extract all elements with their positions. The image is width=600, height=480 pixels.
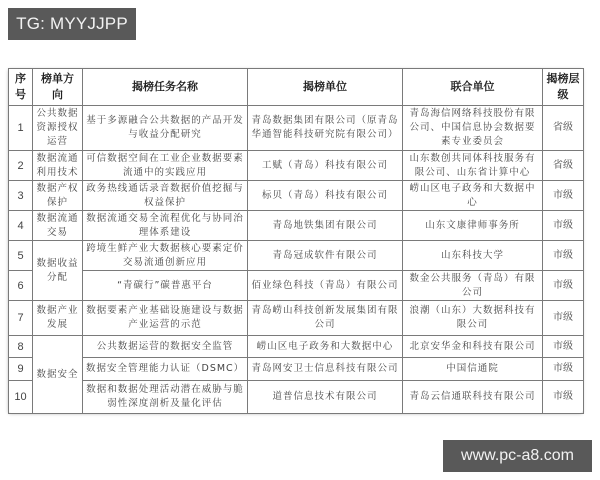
- cell-task: 数据安全管理能力认证（DSMC）: [83, 358, 248, 381]
- cell-level: 市级: [543, 301, 584, 336]
- cell-partner: 青岛海信网络科技股份有限公司、中国信息协会数据要素专业委员会: [403, 106, 543, 151]
- table-row: 2 数据流通利用技术 可信数据空间在工业企业数据要素流通中的实践应用 工赋（青岛…: [9, 151, 584, 181]
- table-row: 1 公共数据资源授权运营 基于多源融合公共数据的产品开发与收益分配研究 青岛数据…: [9, 106, 584, 151]
- cell-level: 市级: [543, 181, 584, 211]
- cell-task: 政务热线通话录音数据价值挖掘与权益保护: [83, 181, 248, 211]
- cell-index: 4: [9, 211, 33, 241]
- cell-unit: 青岛崂山科技创新发展集团有限公司: [248, 301, 403, 336]
- cell-task: 基于多源融合公共数据的产品开发与收益分配研究: [83, 106, 248, 151]
- cell-partner: 北京安华金和科技有限公司: [403, 336, 543, 358]
- table-row: 10 数据和数据处理活动潜在威胁与脆弱性深度剖析及量化评估 道普信息技术有限公司…: [9, 381, 584, 414]
- cell-partner: 崂山区电子政务和大数据中心: [403, 181, 543, 211]
- cell-partner: 青岛云信通联科技有限公司: [403, 381, 543, 414]
- table-row: 9 数据安全管理能力认证（DSMC） 青岛网安卫士信息科技有限公司 中国信通院 …: [9, 358, 584, 381]
- ranking-table: 序号 榜单方向 揭榜任务名称 揭榜单位 联合单位 揭榜层级 1 公共数据资源授权…: [8, 68, 584, 414]
- cell-index: 3: [9, 181, 33, 211]
- cell-task: 数据流通交易全流程优化与协同治理体系建设: [83, 211, 248, 241]
- cell-index: 2: [9, 151, 33, 181]
- cell-partner: 山东科技大学: [403, 241, 543, 271]
- header-task: 揭榜任务名称: [83, 69, 248, 106]
- table-row: 6 “青碳行”碳普惠平台 佰业绿色科技（青岛）有限公司 数金公共服务（青岛）有限…: [9, 271, 584, 301]
- table-row: 4 数据流通交易 数据流通交易全流程优化与协同治理体系建设 青岛地铁集团有限公司…: [9, 211, 584, 241]
- cell-unit: 佰业绿色科技（青岛）有限公司: [248, 271, 403, 301]
- cell-unit: 崂山区电子政务和大数据中心: [248, 336, 403, 358]
- cell-partner: 中国信通院: [403, 358, 543, 381]
- cell-index: 9: [9, 358, 33, 381]
- cell-unit: 工赋（青岛）科技有限公司: [248, 151, 403, 181]
- cell-task: 数据和数据处理活动潜在威胁与脆弱性深度剖析及量化评估: [83, 381, 248, 414]
- ranking-table-container: 序号 榜单方向 揭榜任务名称 揭榜单位 联合单位 揭榜层级 1 公共数据资源授权…: [8, 68, 583, 413]
- cell-direction: 数据收益分配: [33, 241, 83, 301]
- table-row: 8 数据安全 公共数据运营的数据安全监管 崂山区电子政务和大数据中心 北京安华金…: [9, 336, 584, 358]
- cell-partner: 数金公共服务（青岛）有限公司: [403, 271, 543, 301]
- tg-badge: TG: MYYJJPP: [8, 8, 136, 40]
- table-row: 3 数据产权保护 政务热线通话录音数据价值挖掘与权益保护 标贝（青岛）科技有限公…: [9, 181, 584, 211]
- cell-direction: 数据安全: [33, 336, 83, 414]
- cell-task: 可信数据空间在工业企业数据要素流通中的实践应用: [83, 151, 248, 181]
- site-watermark: www.pc-a8.com: [443, 440, 592, 472]
- header-direction: 榜单方向: [33, 69, 83, 106]
- cell-direction: 数据产业发展: [33, 301, 83, 336]
- cell-direction: 数据产权保护: [33, 181, 83, 211]
- cell-index: 10: [9, 381, 33, 414]
- cell-index: 8: [9, 336, 33, 358]
- cell-index: 6: [9, 271, 33, 301]
- cell-direction: 公共数据资源授权运营: [33, 106, 83, 151]
- cell-task: 跨境生鲜产业大数据核心要素定价交易流通创新应用: [83, 241, 248, 271]
- cell-direction: 数据流通利用技术: [33, 151, 83, 181]
- cell-unit: 标贝（青岛）科技有限公司: [248, 181, 403, 211]
- cell-level: 市级: [543, 271, 584, 301]
- cell-level: 市级: [543, 336, 584, 358]
- cell-level: 省级: [543, 106, 584, 151]
- cell-unit: 青岛数据集团有限公司（原青岛华通智能科技研究院有限公司）: [248, 106, 403, 151]
- cell-partner: 山东数创共同体科技服务有限公司、山东省计算中心: [403, 151, 543, 181]
- cell-level: 市级: [543, 211, 584, 241]
- cell-level: 市级: [543, 241, 584, 271]
- cell-task: 公共数据运营的数据安全监管: [83, 336, 248, 358]
- table-header-row: 序号 榜单方向 揭榜任务名称 揭榜单位 联合单位 揭榜层级: [9, 69, 584, 106]
- cell-task: 数据要素产业基础设施建设与数据产业运营的示范: [83, 301, 248, 336]
- header-index: 序号: [9, 69, 33, 106]
- cell-unit: 青岛网安卫士信息科技有限公司: [248, 358, 403, 381]
- cell-level: 市级: [543, 358, 584, 381]
- cell-unit: 青岛冠成软件有限公司: [248, 241, 403, 271]
- cell-level: 省级: [543, 151, 584, 181]
- header-unit: 揭榜单位: [248, 69, 403, 106]
- table-row: 7 数据产业发展 数据要素产业基础设施建设与数据产业运营的示范 青岛崂山科技创新…: [9, 301, 584, 336]
- cell-partner: 山东文康律师事务所: [403, 211, 543, 241]
- cell-index: 5: [9, 241, 33, 271]
- table-row: 5 数据收益分配 跨境生鲜产业大数据核心要素定价交易流通创新应用 青岛冠成软件有…: [9, 241, 584, 271]
- cell-level: 市级: [543, 381, 584, 414]
- cell-unit: 青岛地铁集团有限公司: [248, 211, 403, 241]
- cell-task: “青碳行”碳普惠平台: [83, 271, 248, 301]
- cell-index: 1: [9, 106, 33, 151]
- cell-unit: 道普信息技术有限公司: [248, 381, 403, 414]
- cell-partner: 浪潮（山东）大数据科技有限公司: [403, 301, 543, 336]
- cell-direction: 数据流通交易: [33, 211, 83, 241]
- header-level: 揭榜层级: [543, 69, 584, 106]
- header-partner: 联合单位: [403, 69, 543, 106]
- cell-index: 7: [9, 301, 33, 336]
